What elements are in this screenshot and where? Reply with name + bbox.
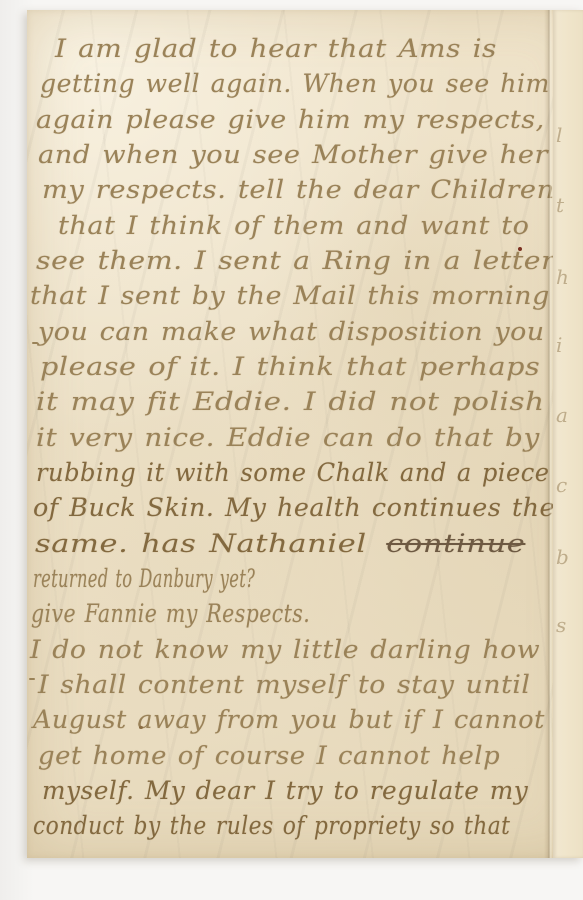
ink-speck: [29, 678, 35, 680]
handwritten-line: myself. My dear I try to regulate my: [42, 774, 528, 808]
handwritten-line: returned to Danbury yet?: [33, 562, 255, 596]
handwritten-line: getting well again. When you see him: [40, 67, 550, 101]
letter-scan: I am glad to hear that Ams is getting we…: [0, 0, 583, 900]
handwriting-layer: I am glad to hear that Ams is getting we…: [27, 10, 583, 858]
handwritten-line: of Buck Skin. My health continues the: [33, 491, 555, 525]
handwritten-line: I shall content myself to stay until: [38, 668, 531, 702]
crossed-out-word: continue: [386, 529, 525, 558]
handwritten-line: I am glad to hear that Ams is: [55, 32, 497, 66]
edge-fragment: l: [556, 125, 562, 145]
handwritten-line: same. has Nathanielcontinue: [35, 527, 525, 561]
handwritten-line: please of it. I think that perhaps: [40, 350, 540, 384]
handwritten-line: I do not know my little darling how: [30, 633, 540, 667]
edge-fragment: s: [556, 615, 566, 635]
handwritten-line: you can make what disposition you: [38, 315, 545, 349]
edge-fragment: i: [556, 335, 562, 355]
fold-crease: [544, 10, 553, 858]
edge-fragment: a: [556, 405, 568, 425]
handwritten-line: again please give him my respects,: [36, 103, 545, 137]
ink-speck: [32, 342, 38, 344]
handwritten-line: give Fannie my Respects.: [31, 597, 310, 631]
adjacent-page-sliver: l t h i a c b s: [553, 10, 583, 858]
handwritten-line: it very nice. Eddie can do that by: [36, 421, 540, 455]
handwritten-line: August away from you but if I cannot: [33, 703, 545, 737]
letter-page: I am glad to hear that Ams is getting we…: [27, 10, 583, 858]
handwritten-line: get home of course I cannot help: [38, 739, 500, 773]
edge-fragment: b: [556, 547, 569, 567]
handwritten-line: see them. I sent a Ring in a letter: [36, 244, 555, 278]
line-text: same. has Nathaniel: [35, 529, 367, 558]
handwritten-line: rubbing it with some Chalk and a piece: [36, 456, 550, 490]
edge-fragment: h: [556, 267, 569, 287]
edge-fragment: c: [556, 475, 567, 495]
handwritten-line: that I sent by the Mail this morning: [30, 279, 550, 313]
handwritten-line: it may fit Eddie. I did not polish: [36, 385, 545, 419]
ink-speck: [518, 247, 522, 251]
ink-speck: [139, 726, 143, 729]
edge-fragment: t: [556, 195, 564, 215]
handwritten-line: and when you see Mother give her: [38, 138, 548, 172]
handwritten-line: conduct by the rules of propriety so tha…: [33, 809, 510, 843]
handwritten-line: that I think of them and want to: [58, 209, 529, 243]
handwritten-line: my respects. tell the dear Children: [42, 173, 555, 207]
